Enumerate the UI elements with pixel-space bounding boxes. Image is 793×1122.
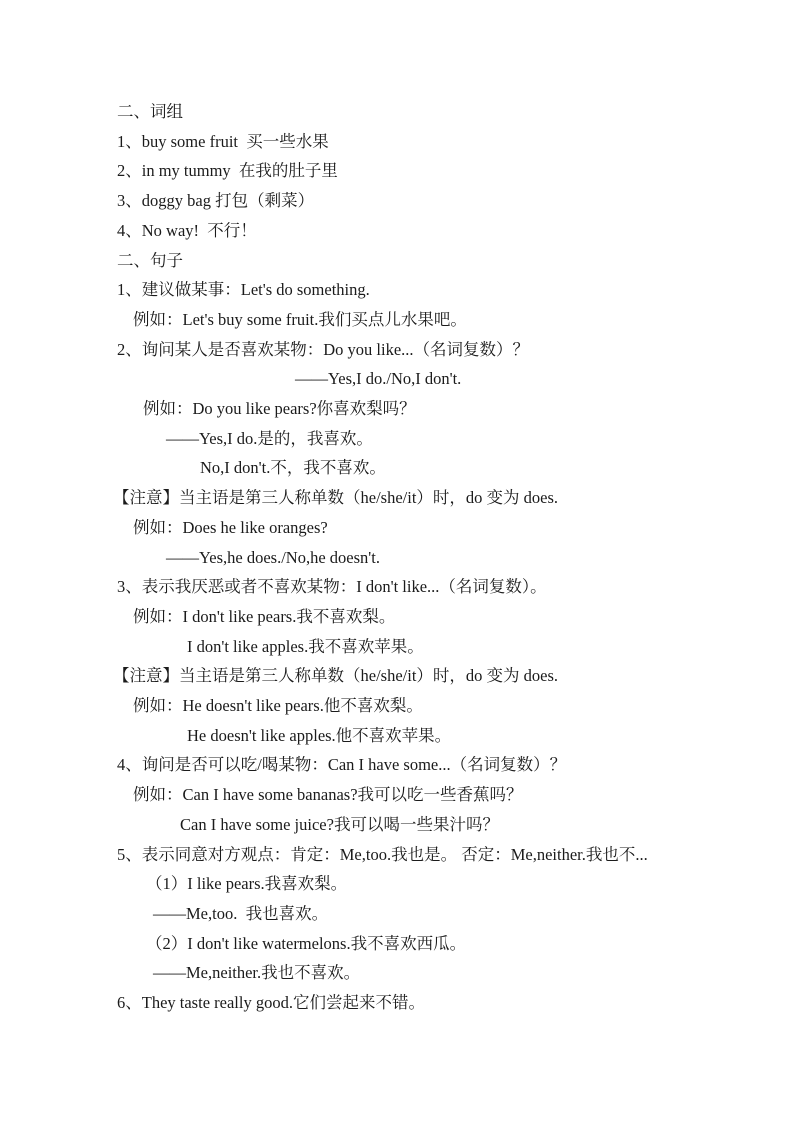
sentence-point: 5、表示同意对方观点：肯定：Me,too.我也是。 否定：Me,neither.… (117, 840, 738, 870)
document-page: 二、词组 1、buy some fruit 买一些水果 2、in my tumm… (0, 0, 793, 1122)
answer-line: ——Me,too. 我也喜欢。 (153, 899, 738, 929)
phrase-item: 1、buy some fruit 买一些水果 (117, 127, 738, 157)
sentence-point: 4、询问是否可以吃/喝某物：Can I have some...（名词复数）？ (117, 750, 738, 780)
example-line: （2）I don't like watermelons.我不喜欢西瓜。 (146, 929, 738, 959)
answer-line: No,I don't.不，我不喜欢。 (200, 453, 738, 483)
sentence-point: 6、They taste really good.它们尝起来不错。 (117, 988, 738, 1018)
phrase-item: 2、in my tummy 在我的肚子里 (117, 156, 738, 186)
note-line: 【注意】当主语是第三人称单数（he/she/it）时，do 变为 does. (113, 483, 738, 513)
note-line: 【注意】当主语是第三人称单数（he/she/it）时，do 变为 does. (113, 661, 738, 691)
answer-line: ——Me,neither.我也不喜欢。 (153, 958, 738, 988)
example-line: He doesn't like apples.他不喜欢苹果。 (187, 721, 738, 751)
answer-line: ——Yes,he does./No,he doesn't. (166, 543, 738, 573)
example-line: 例如：Let's buy some fruit.我们买点儿水果吧。 (133, 305, 738, 335)
phrase-item: 3、doggy bag 打包（剩菜） (117, 186, 738, 216)
section-title-sentences: 二、句子 (117, 246, 738, 276)
phrase-item: 4、No way! 不行！ (117, 216, 738, 246)
example-line: 例如：Can I have some bananas?我可以吃一些香蕉吗？ (133, 780, 738, 810)
example-line: 例如：Does he like oranges? (133, 513, 738, 543)
example-line: 例如：I don't like pears.我不喜欢梨。 (133, 602, 738, 632)
section-title-phrases: 二、词组 (117, 97, 738, 127)
example-line: （1）I like pears.我喜欢梨。 (146, 869, 738, 899)
sentence-point: 3、表示我厌恶或者不喜欢某物：I don't like...（名词复数）。 (117, 572, 738, 602)
sentence-point: 1、建议做某事：Let's do something. (117, 275, 738, 305)
example-line: 例如：He doesn't like pears.他不喜欢梨。 (133, 691, 738, 721)
answer-line: ——Yes,I do.是的，我喜欢。 (166, 424, 738, 454)
example-line: I don't like apples.我不喜欢苹果。 (187, 632, 738, 662)
sentence-point: 2、询问某人是否喜欢某物：Do you like...（名词复数）？ (117, 335, 738, 365)
example-line: 例如：Do you like pears?你喜欢梨吗？ (143, 394, 738, 424)
answer-line: ——Yes,I do./No,I don't. (295, 364, 738, 394)
example-line: Can I have some juice?我可以喝一些果汁吗？ (180, 810, 738, 840)
